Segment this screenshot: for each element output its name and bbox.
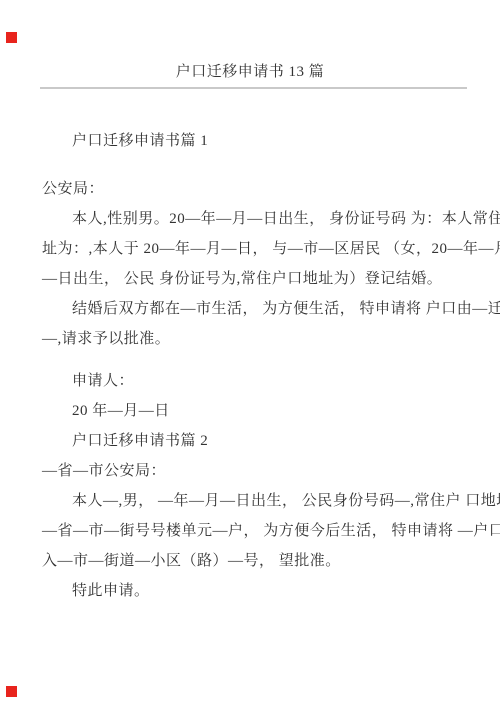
title-divider: [40, 87, 467, 89]
text-line: 本人,性别男。20—年—月—日出生， 身份证号码 为：本人常住地: [42, 204, 470, 234]
salutation-1: 公安局：: [42, 174, 470, 204]
text-line: 本人—,男， —年—月—日出生， 公民身份号码—,常住户 口地址：: [42, 486, 470, 516]
text-line: —省—市—街号号楼单元—户， 为方便今后生活， 特申请将 —户口迁: [42, 516, 470, 546]
red-marker-bottom: [6, 686, 17, 697]
salutation-2: —省—市公安局：: [42, 456, 470, 486]
section-heading-1: 户口迁移申请书篇 1: [42, 126, 470, 156]
section-heading-2: 户口迁移申请书篇 2: [42, 426, 470, 456]
document-page: 户口迁移申请书 13 篇 户口迁移申请书篇 1 公安局： 本人,性别男。20—年…: [0, 0, 500, 707]
closing-line: 特此申请。: [42, 576, 470, 606]
document-title: 户口迁移申请书 13 篇: [0, 0, 500, 87]
date-line: 20 年—月—日: [42, 396, 470, 426]
red-marker-top: [6, 32, 17, 43]
applicant-label: 申请人：: [42, 366, 470, 396]
text-line: 入—市—街道—小区（路）—号， 望批准。: [42, 546, 470, 576]
text-line: —,请求予以批准。: [42, 324, 470, 354]
document-body: 户口迁移申请书篇 1 公安局： 本人,性别男。20—年—月—日出生， 身份证号码…: [42, 126, 470, 606]
text-line: 结婚后双方都在—市生活， 为方便生活， 特申请将 户口由—迁来: [42, 294, 470, 324]
text-line: 址为：,本人于 20—年—月—日， 与—市—区居民 （女，20—年—月: [42, 234, 470, 264]
text-line: —日出生， 公民 身份证号为,常住户口地址为）登记结婚。: [42, 264, 470, 294]
